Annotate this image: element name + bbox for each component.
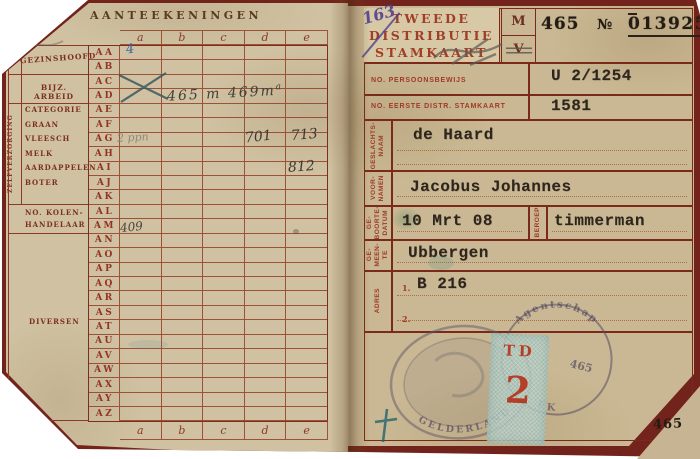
label-line: VOOR-: [370, 176, 377, 200]
grid-cell-b: [162, 118, 204, 131]
grid-cell-b: [162, 248, 204, 261]
grid-cell-a: [120, 320, 162, 333]
label-line: GE-: [366, 216, 373, 229]
rule: [391, 119, 393, 331]
grid-cell-e: [286, 234, 327, 247]
grid-cell-d: [245, 393, 287, 406]
row-code-label: AP: [89, 263, 120, 276]
group-label-diversen: DIVERSEN: [29, 317, 80, 326]
grid-cell-e: [286, 306, 327, 319]
adres-line1-number: 1.: [402, 283, 410, 293]
row-code-label: AR: [89, 291, 120, 304]
notes-grid-row: AS: [89, 306, 327, 320]
card-title-line3: STAMKAART: [364, 44, 499, 61]
grid-cell-b: [162, 364, 204, 377]
grid-cell-c: [203, 162, 245, 175]
field-label-persoonsbewijs: NO. PERSOONSBEWIJS: [371, 77, 466, 84]
handwriting-701: 701: [244, 128, 272, 147]
rule: [364, 331, 693, 333]
grid-cell-e: [286, 349, 327, 362]
rule: [364, 239, 693, 241]
grid-cell-e: [286, 378, 327, 391]
dotted-line: [397, 295, 687, 296]
handwriting-ag-note: 2 ppn: [117, 130, 149, 145]
label-line: GESLACHTS-: [370, 122, 377, 169]
grid-cell-a: [120, 147, 162, 160]
column-footer-cell: b: [162, 420, 204, 440]
grid-cell-a: [120, 60, 162, 73]
label-line: BEROEP: [534, 207, 541, 237]
group-separator: [8, 74, 88, 75]
column-header-cell: e: [286, 30, 328, 45]
grid-cell-a: [120, 291, 162, 304]
grid-cell-c: [203, 46, 245, 59]
row-code-label: AF: [89, 118, 120, 131]
td-stamp-number: 2: [488, 367, 548, 413]
grid-cell-b: [162, 378, 204, 391]
label-line: BOORTE-: [374, 206, 381, 239]
grid-cell-c: [203, 291, 245, 304]
notes-grid-row: AX: [89, 378, 327, 392]
grid-cell-b: [162, 349, 204, 362]
column-footer-cell: e: [286, 420, 328, 440]
grid-cell-b: [162, 162, 204, 175]
dotted-line: [397, 231, 522, 232]
row-code-label: AT: [89, 320, 120, 333]
grid-cell-b: [162, 263, 204, 276]
grid-cell-c: [203, 205, 245, 218]
grid-cell-e: [286, 104, 327, 117]
grid-cell-b: [162, 219, 204, 232]
sex-female: V: [502, 35, 535, 62]
grid-cell-d: [245, 248, 287, 261]
row-code-label: AH: [89, 147, 120, 160]
dotted-line: [552, 231, 687, 232]
row-code-label: AU: [89, 335, 120, 348]
notes-grid-row: AT: [89, 320, 327, 334]
notes-grid-row: AK: [89, 190, 327, 204]
grid-cell-c: [203, 118, 245, 131]
column-footer-row: abcde: [120, 420, 328, 440]
row-code-label: AM: [89, 219, 120, 232]
group-label-kolenhandelaar-line2: HANDELAAR: [25, 220, 85, 229]
dotted-line: [397, 320, 687, 321]
ink-speck: [293, 229, 299, 234]
row-code-label: AN: [89, 234, 120, 247]
td-stamp-label: TD: [490, 341, 549, 362]
grid-cell-b: [162, 320, 204, 333]
row-code-label: AY: [89, 393, 120, 406]
handwriting-409: 409: [119, 219, 143, 235]
field-value-geslachtsnaam: de Haard: [413, 126, 494, 144]
grid-cell-c: [203, 306, 245, 319]
stamkaart-card: AANTEEKENINGEN abcde AA AB: [0, 0, 700, 459]
group-label-categorie: CATEGORIE: [25, 105, 82, 114]
row-code-label: AG: [89, 133, 120, 146]
grid-cell-a: [120, 104, 162, 117]
grid-cell-a: [120, 306, 162, 319]
grid-cell-b: [162, 335, 204, 348]
grid-cell-a: [120, 162, 162, 175]
grid-cell-d: [245, 162, 287, 175]
grid-cell-e: [286, 46, 327, 59]
rule: [546, 205, 548, 239]
grid-cell-c: [203, 277, 245, 290]
field-label-voornamen: VOOR- NAMEN: [364, 171, 391, 205]
scanned-ration-card: AANTEEKENINGEN abcde AA AB: [0, 0, 700, 459]
grid-cell-c: [203, 263, 245, 276]
column-header-cell: d: [245, 30, 287, 45]
grid-cell-d: [245, 234, 287, 247]
row-code-label: AW: [89, 364, 120, 377]
grid-cell-a: [120, 263, 162, 276]
grid-cell-b: [162, 176, 204, 189]
grid-cell-d: [245, 349, 287, 362]
row-code-label: AZ: [89, 407, 120, 421]
field-label-eerste-stamkaart: NO. EERSTE DISTR. STAMKAART: [371, 103, 506, 110]
field-label-adres: ADRES: [364, 271, 391, 331]
label-line: ADRES: [374, 288, 381, 313]
notes-grid-row: AJ: [89, 176, 327, 190]
rule: [528, 62, 530, 119]
grid-cell-a: [120, 277, 162, 290]
grid-cell-c: [203, 320, 245, 333]
grid-cell-d: [245, 378, 287, 391]
grid-cell-d: [245, 176, 287, 189]
grid-cell-a: [120, 378, 162, 391]
row-code-label: AQ: [89, 277, 120, 290]
grid-cell-b: [162, 46, 204, 59]
zelfverzorging-side-label: ZELFVERZORGING: [7, 103, 21, 204]
field-value-eerste-stamkaart: 1581: [551, 97, 591, 115]
pencil-strike-over-v: [506, 44, 532, 54]
group-label-bijz-arbeid: BIJZ. ARBEID: [20, 83, 88, 101]
label-line: MEEN-: [374, 243, 381, 266]
grid-cell-e: [286, 364, 327, 377]
numero-sign: №: [597, 17, 612, 33]
field-value-persoonsbewijs: U 2/1254: [551, 67, 632, 85]
grid-cell-e: [286, 176, 327, 189]
row-code-label: AS: [89, 306, 120, 319]
grid-cell-d: [245, 46, 287, 59]
grid-cell-e: [286, 190, 327, 203]
grid-cell-b: [162, 133, 204, 146]
column-footer-cell: d: [245, 420, 287, 440]
grid-cell-d: [245, 335, 287, 348]
grid-cell-a: [120, 234, 162, 247]
aanteekeningen-title: AANTEEKENINGEN: [90, 9, 238, 22]
grid-cell-b: [162, 104, 204, 117]
grid-cell-e: [286, 320, 327, 333]
group-label-aardappelen: AARDAPPELEN: [25, 163, 97, 172]
grid-cell-d: [245, 364, 287, 377]
grid-cell-a: [120, 176, 162, 189]
grid-cell-a: [120, 190, 162, 203]
grid-cell-e: [286, 335, 327, 348]
dotted-line: [397, 196, 687, 197]
grid-cell-c: [203, 60, 245, 73]
grid-cell-c: [203, 147, 245, 160]
row-code-label: AK: [89, 190, 120, 203]
grid-cell-e: [286, 205, 327, 218]
group-label-graan: GRAAN: [25, 120, 59, 129]
grid-cell-a: [120, 335, 162, 348]
column-footer-cell: c: [203, 420, 245, 440]
grid-cell-d: [245, 190, 287, 203]
handwriting-ad-note-sup: a: [275, 82, 283, 92]
row-code-label: AE: [89, 104, 120, 117]
row-code-label: AJ: [89, 176, 120, 189]
notes-grid-row: AV: [89, 349, 327, 363]
grid-cell-c: [203, 248, 245, 261]
grid-cell-d: [245, 277, 287, 290]
grid-cell-a: [120, 349, 162, 362]
grid-cell-e: [286, 263, 327, 276]
grid-cell-d: [245, 104, 287, 117]
label-line: NAMEN: [378, 175, 385, 201]
grid-cell-c: [203, 190, 245, 203]
handwriting-812: 812: [287, 158, 315, 176]
grid-cell-e: [286, 248, 327, 261]
notes-grid-row: AB: [89, 60, 327, 74]
grid-cell-d: [245, 306, 287, 319]
grid-cell-b: [162, 291, 204, 304]
dotted-line: [397, 262, 687, 263]
grid-cell-c: [203, 393, 245, 406]
field-value-beroep: timmerman: [554, 212, 645, 230]
notes-grid-row: AE: [89, 104, 327, 118]
row-code-label: AX: [89, 378, 120, 391]
notes-grid-row: AU: [89, 335, 327, 349]
stamp-td: TD 2: [487, 333, 550, 445]
grid-cell-a: [120, 393, 162, 406]
grid-cell-b: [162, 60, 204, 73]
field-value-voornamen: Jacobus Johannes: [410, 178, 572, 196]
dotted-line: [397, 164, 687, 165]
column-footer-cell: a: [120, 420, 162, 440]
field-label-gemeente: GE- MEEN- TE: [364, 240, 391, 270]
notes-grid-row: AP: [89, 263, 327, 277]
group-label-vleesch: VLEESCH: [25, 134, 70, 143]
grid-cell-c: [203, 335, 245, 348]
grid-cell-c: [203, 364, 245, 377]
grid-cell-c: [203, 349, 245, 362]
field-label-beroep: BEROEP: [528, 206, 546, 239]
handwriting-713: 713: [290, 126, 318, 144]
grid-cell-e: [286, 291, 327, 304]
grid-cell-c: [203, 176, 245, 189]
grid-cell-d: [245, 205, 287, 218]
grid-cell-c: [203, 219, 245, 232]
grid-cell-c: [203, 133, 245, 146]
group-separator: [8, 420, 88, 421]
grid-cell-d: [245, 219, 287, 232]
grid-cell-a: [120, 205, 162, 218]
grid-cell-c: [203, 234, 245, 247]
row-code-label: AO: [89, 248, 120, 261]
grid-cell-b: [162, 205, 204, 218]
grid-cell-b: [162, 234, 204, 247]
notes-grid-row: AO: [89, 248, 327, 262]
label-line: DATUM: [382, 210, 389, 236]
group-separator: [8, 233, 88, 234]
rule: [364, 119, 693, 121]
adres-line2-number: 2.: [402, 314, 410, 324]
grid-cell-e: [286, 60, 327, 73]
grid-cell-b: [162, 190, 204, 203]
grid-cell-c: [203, 378, 245, 391]
notes-grid-row: AQ: [89, 277, 327, 291]
notes-grid-row: AW: [89, 364, 327, 378]
grid-cell-e: [286, 277, 327, 290]
field-value-adres-line1: B 216: [417, 275, 468, 293]
rule: [364, 170, 693, 172]
group-label-melk: MELK: [25, 149, 53, 158]
notes-grid-row: AY: [89, 393, 327, 407]
label-line: NAAM: [378, 135, 385, 157]
group-label-kolenhandelaar-line1: NO. KOLEN-: [25, 208, 84, 217]
row-code-label: AL: [89, 205, 120, 218]
column-header-cell: c: [203, 30, 245, 45]
grid-cell-d: [245, 147, 287, 160]
rule: [364, 270, 693, 272]
grid-cell-d: [245, 60, 287, 73]
field-value-gemeente: Ubbergen: [408, 244, 489, 262]
grid-cell-a: [120, 364, 162, 377]
grid-cell-e: [286, 89, 327, 102]
grid-cell-c: [203, 104, 245, 117]
grid-cell-b: [162, 306, 204, 319]
sex-box: M V: [501, 8, 536, 62]
label-line: TE: [382, 250, 389, 259]
row-code-label: AD: [89, 89, 120, 102]
sex-male: M: [502, 8, 535, 35]
serial-number: 013925: [628, 14, 700, 37]
field-label-geboortedatum: GE- BOORTE- DATUM: [364, 206, 391, 239]
group-separator: [8, 45, 88, 46]
grid-cell-b: [162, 277, 204, 290]
field-value-geboortedatum: 10 Mrt 08: [402, 212, 493, 230]
group-label-boter: BOTER: [25, 178, 59, 187]
label-column-inner-rule: [21, 45, 22, 204]
row-code-label: AB: [89, 60, 120, 73]
field-label-geslachtsnaam: GESLACHTS- NAAM: [364, 120, 391, 171]
column-header-cell: b: [162, 30, 204, 45]
grid-cell-b: [162, 393, 204, 406]
column-header-row: abcde: [120, 30, 328, 45]
grid-cell-a: [120, 248, 162, 261]
notes-grid-row: AR: [89, 291, 327, 305]
corner-number: 465: [653, 416, 684, 433]
notes-grid-row: AL: [89, 205, 327, 219]
grid-cell-d: [245, 263, 287, 276]
serial-prefix: 465: [541, 14, 580, 34]
notes-grid-row: AN: [89, 234, 327, 248]
row-code-label: AC: [89, 75, 120, 88]
macron-mark: [628, 13, 637, 15]
row-code-label: AV: [89, 349, 120, 362]
grid-cell-d: [245, 291, 287, 304]
notes-grid-row: AA: [89, 46, 327, 60]
grid-cell-a: [120, 89, 162, 102]
grid-cell-e: [286, 75, 327, 88]
grid-cell-e: [286, 393, 327, 406]
grid-cell-a: [120, 75, 162, 88]
grid-cell-b: [162, 147, 204, 160]
grid-cell-d: [245, 320, 287, 333]
label-line: GE-: [366, 248, 373, 261]
dotted-line: [397, 150, 687, 151]
